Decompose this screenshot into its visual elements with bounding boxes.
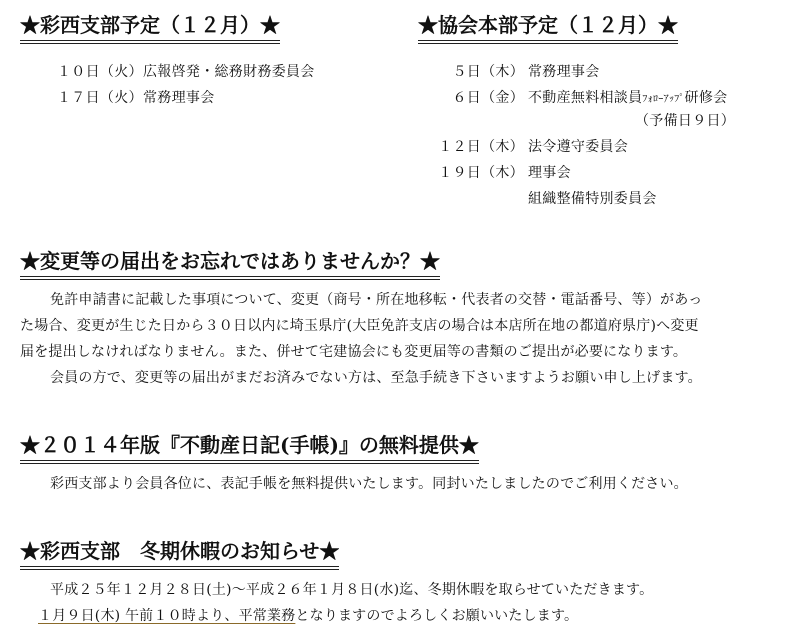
schedule-event: 常務理事会: [143, 90, 215, 106]
diary-heading: ★２０１４年版『不動産日記(手帳)』の無料提供★: [20, 432, 479, 464]
schedule-item: ６日（金）不動産無料相談員ﾌｫﾛｰｱｯﾌﾟ研修会: [432, 89, 727, 109]
schedule-item: １９日（木）理事会: [432, 164, 571, 182]
schedule-date: １２日（木）: [432, 138, 528, 156]
branch-schedule-heading: ★彩西支部予定（１２月）★: [20, 12, 280, 44]
paragraph-line: 免許申請書に記載した事項について、変更（商号・所在地移転・代表者の交替・電話番号…: [50, 287, 703, 313]
schedule-event: 常務理事会: [528, 64, 600, 80]
schedule-date: １９日（木）: [432, 164, 528, 182]
schedule-event: 不動産無料相談員: [528, 90, 642, 106]
schedule-event: 広報啓発・総務財務委員会: [143, 64, 315, 80]
paragraph-line: た場合、変更が生じた日から３０日以内に埼玉県庁(大臣免許支店の場合は本店所在地の…: [20, 313, 699, 339]
paragraph-line: １月９日(木) 午前１０時より、平常業務となりますのでよろしくお願いいたします。: [38, 603, 578, 629]
schedule-item: １７日（火）常務理事会: [57, 89, 215, 107]
schedule-event: 法令遵守委員会: [528, 139, 628, 155]
paragraph-line: 届を提出しなければなりません。また、併せて宅建協会にも変更届等の書類のご提出が必…: [20, 339, 687, 365]
schedule-item: １２日（木）法令遵守委員会: [432, 138, 628, 156]
schedule-item: １０日（火）広報啓発・総務財務委員会: [57, 63, 315, 81]
schedule-note: （予備日９日）: [635, 112, 735, 130]
schedule-date: ６日（金）: [432, 89, 528, 107]
hq-schedule-heading: ★協会本部予定（１２月）★: [418, 12, 678, 44]
schedule-event-halfwidth: ﾌｫﾛｰｱｯﾌﾟ: [642, 94, 684, 105]
resume-date-underlined: １月９日(木) 午前１０時より、平常業務: [38, 608, 295, 624]
change-notice-heading: ★変更等の届出をお忘れではありませんか？★: [20, 248, 440, 280]
schedule-event: 理事会: [528, 165, 571, 181]
paragraph-line: 平成２５年１２月２８日(土)～平成２６年１月８日(水)迄、冬期休暇を取らせていた…: [50, 577, 653, 603]
schedule-item: ５日（木）常務理事会: [432, 63, 600, 81]
resume-date-rest: となりますのでよろしくお願いいたします。: [295, 608, 578, 624]
schedule-date: １０日（火）: [57, 63, 143, 81]
schedule-event-continued: 組織整備特別委員会: [528, 190, 657, 208]
winter-holiday-heading: ★彩西支部 冬期休暇のお知らせ★: [20, 538, 339, 570]
paragraph-line: 会員の方で、変更等の届出がまだお済みでない方は、至急手続き下さいますようお願い申…: [50, 365, 702, 391]
paragraph-line: 彩西支部より会員各位に、表記手帳を無料提供いたします。同封いたしましたのでご利用…: [50, 471, 688, 497]
schedule-event-tail: 研修会: [685, 90, 728, 106]
schedule-date: １７日（火）: [57, 89, 143, 107]
schedule-date: ５日（木）: [432, 63, 528, 81]
